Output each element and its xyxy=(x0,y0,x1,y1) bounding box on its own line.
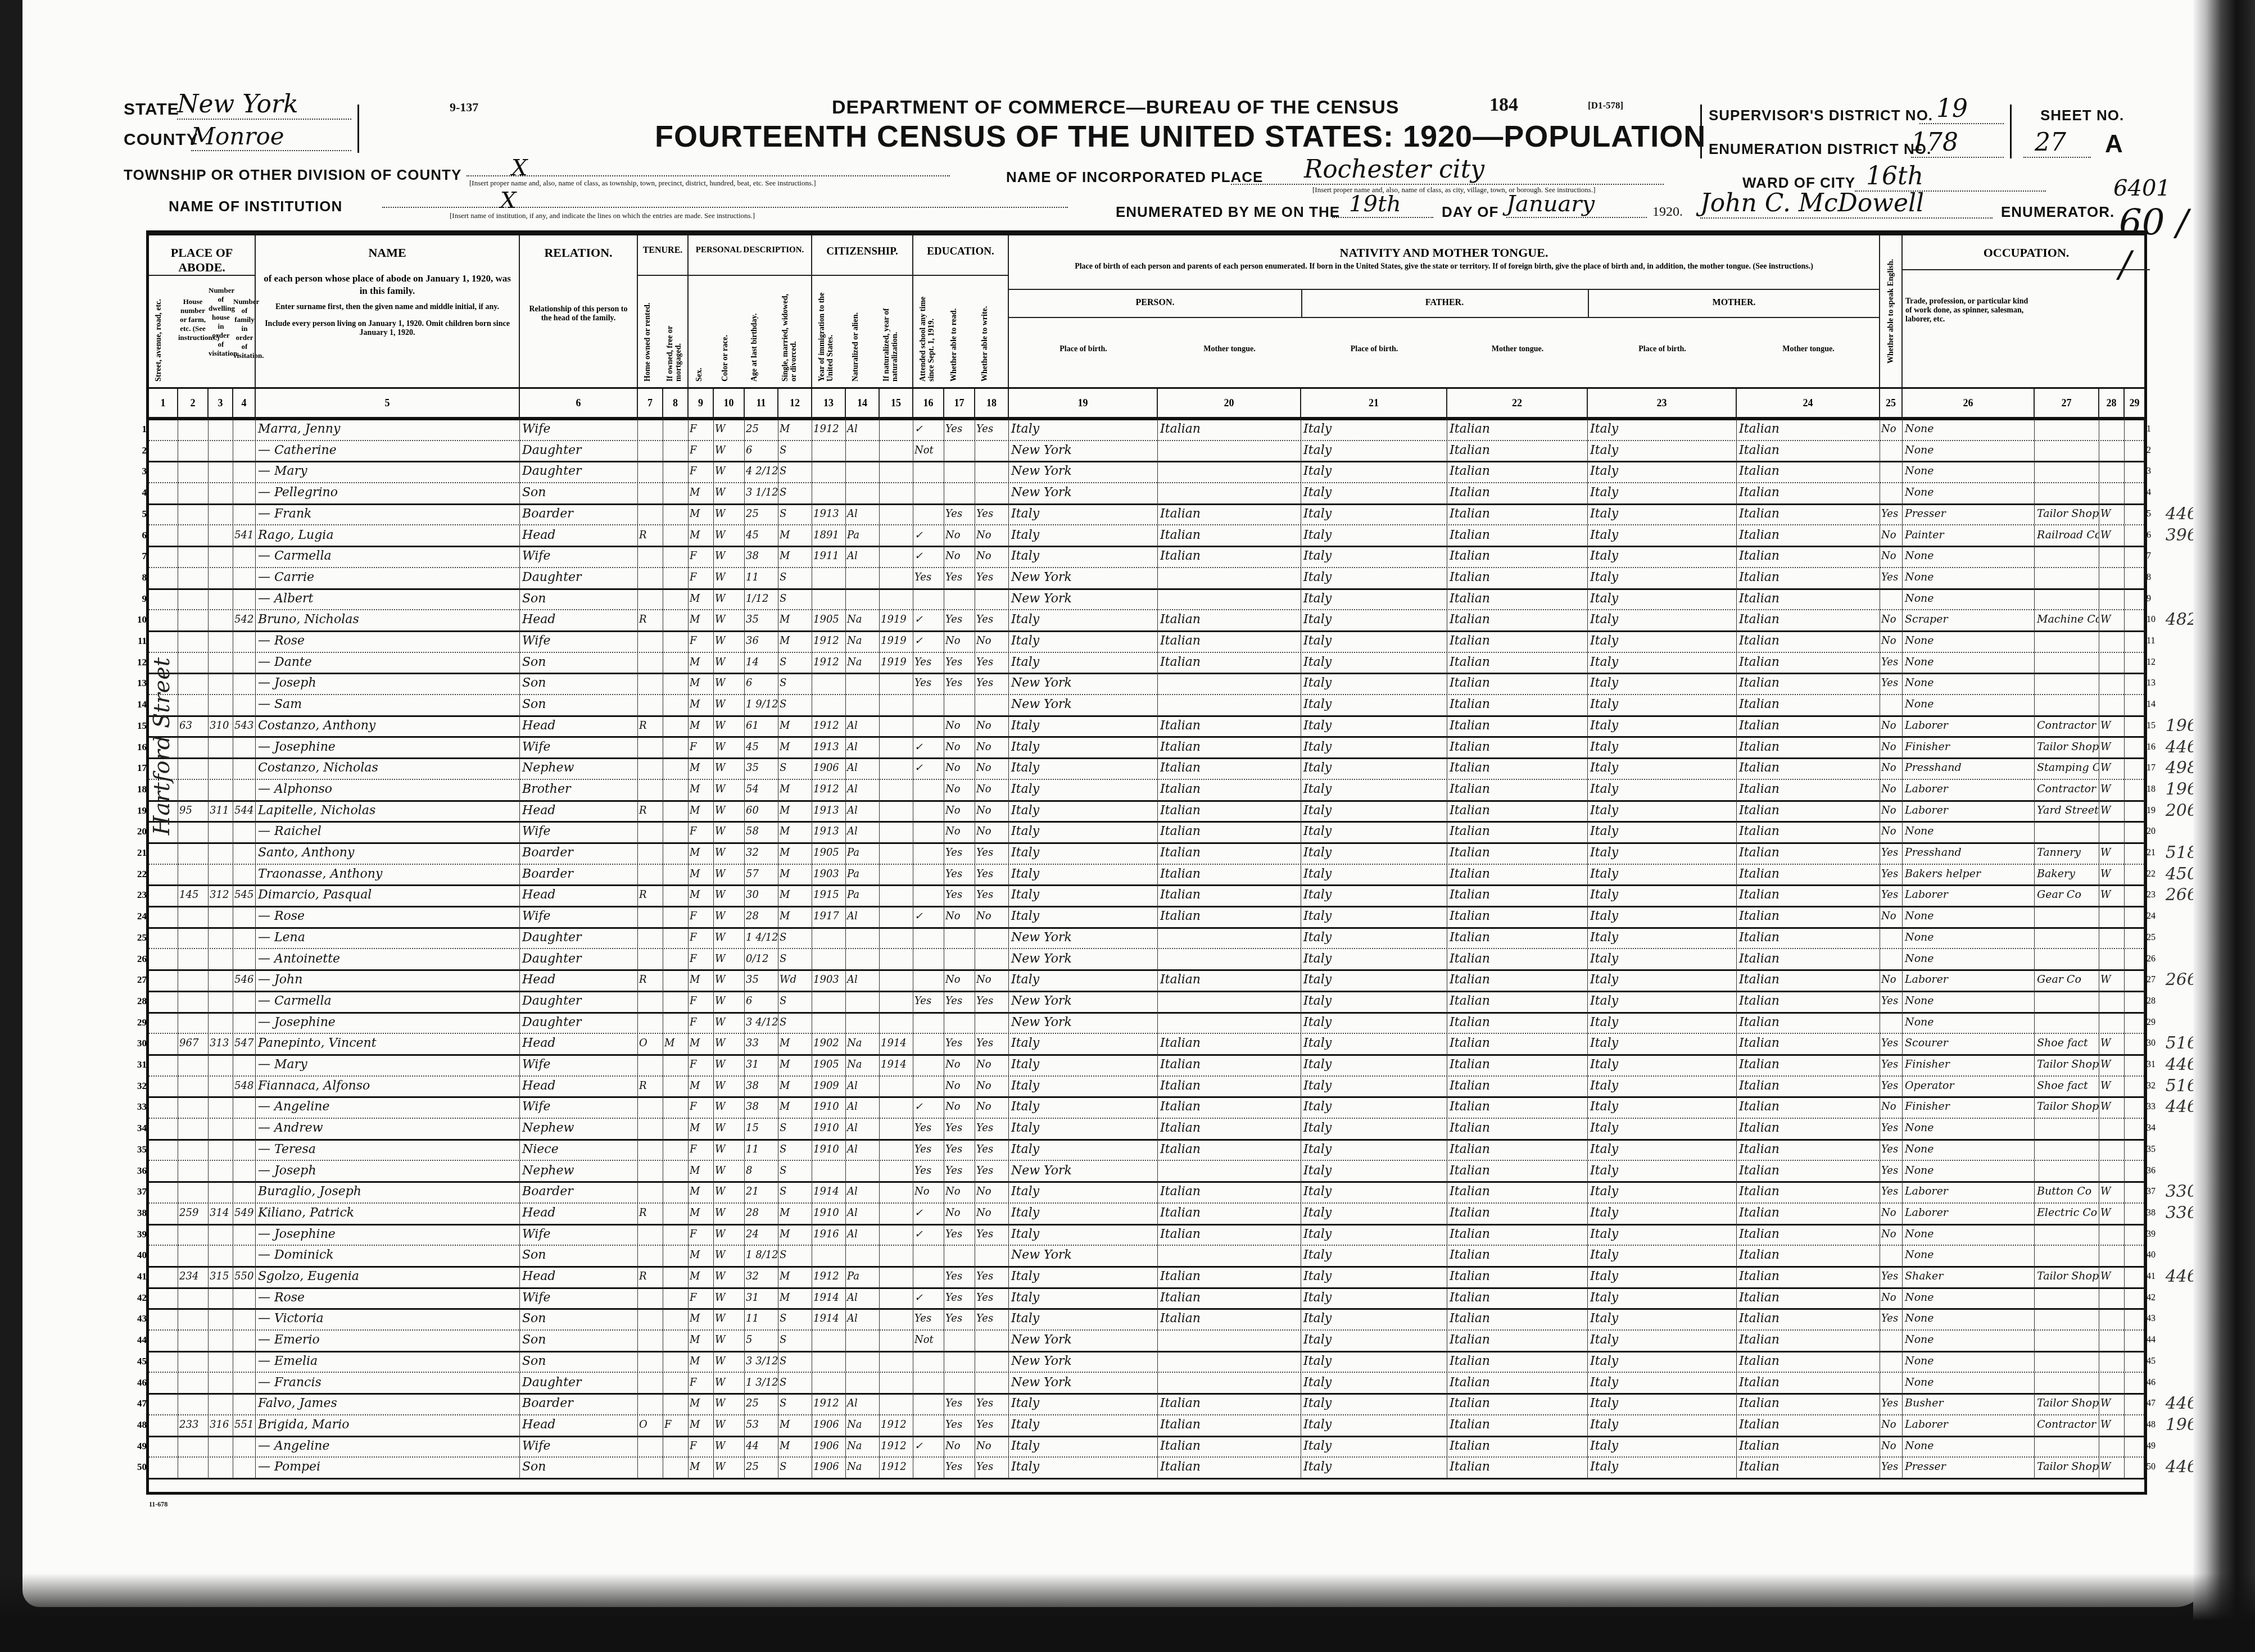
cell-english: No xyxy=(1880,609,1903,630)
cell-relation: Daughter xyxy=(520,948,638,970)
table-row: 38259314549Kiliano, PatrickHeadRMW28M191… xyxy=(149,1202,2144,1226)
cell-relation: Son xyxy=(520,1351,638,1372)
cell-class: W xyxy=(2099,864,2125,885)
cell-f_tongue: Italian xyxy=(1447,461,1588,482)
cell-marital: M xyxy=(778,1033,812,1054)
line-number: 46 xyxy=(2147,1372,2161,1393)
cell-relation: Wife xyxy=(520,906,638,927)
cell-house xyxy=(178,1351,209,1372)
cell-pob: New York xyxy=(1009,991,1158,1012)
state-value: New York xyxy=(177,90,351,120)
col22-desc: Mother tongue. xyxy=(1447,345,1588,354)
table-row: 50— PompeiSonMW25S1906Na1912YesYesItalyI… xyxy=(149,1456,2144,1479)
cell-immig xyxy=(812,461,846,482)
line-number: 42 xyxy=(2147,1287,2161,1308)
cell-mortgage xyxy=(663,927,689,948)
cell-immig: 1916 xyxy=(812,1224,846,1245)
cell-mortgage xyxy=(663,1202,689,1224)
line-number: 17 xyxy=(2147,757,2161,778)
cell-tongue: Italian xyxy=(1158,1287,1301,1309)
cell-farm xyxy=(2125,969,2144,991)
line-number: 25 xyxy=(134,927,147,948)
cell-natyr xyxy=(880,1372,913,1394)
cell-street xyxy=(149,630,178,652)
cell-m_pob: Italy xyxy=(1588,482,1737,503)
cell-class: W xyxy=(2099,1181,2125,1202)
cell-nat: Al xyxy=(846,1202,880,1224)
cell-race: W xyxy=(714,419,745,440)
cell-street xyxy=(149,1436,178,1457)
cell-name: — Joseph xyxy=(256,1160,520,1182)
line-number: 1 xyxy=(134,419,147,439)
cell-natyr xyxy=(880,1012,913,1033)
cell-family xyxy=(233,694,256,715)
cell-dwelling xyxy=(209,546,233,567)
cell-house xyxy=(178,1456,209,1478)
table-row: 33— AngelineWifeFW38M1910Al✓NoNoItalyIta… xyxy=(149,1096,2144,1119)
cell-street xyxy=(149,440,178,461)
cell-age: 6 xyxy=(745,991,778,1012)
col-num: 16 xyxy=(913,389,944,417)
cell-school: Yes xyxy=(913,1118,944,1139)
cell-school xyxy=(913,482,944,503)
cell-owned xyxy=(638,673,663,694)
day-of-label: DAY OF xyxy=(1442,203,1498,221)
table-row: 13— JosephSonMW6SYesYesYesNew YorkItalyI… xyxy=(149,673,2144,695)
cell-trade: None xyxy=(1903,440,2035,461)
cell-street xyxy=(149,1118,178,1139)
cell-name: Sgolzo, Eugenia xyxy=(256,1266,520,1287)
line-number: 31 xyxy=(2147,1054,2161,1075)
cell-race: W xyxy=(714,525,745,546)
col-num: 19 xyxy=(1009,389,1158,417)
cell-house xyxy=(178,991,209,1012)
cell-pob: Italy xyxy=(1009,546,1158,567)
cell-industry: Contractor xyxy=(2035,715,2099,737)
cell-write: Yes xyxy=(975,1393,1009,1414)
cell-immig: 1912 xyxy=(812,652,846,673)
cell-m_pob: Italy xyxy=(1588,694,1737,715)
cell-read: Yes xyxy=(944,884,975,906)
cell-sex: M xyxy=(689,1456,714,1478)
cell-pob: New York xyxy=(1009,1351,1158,1372)
cell-write: Yes xyxy=(975,1414,1009,1436)
cell-dwelling xyxy=(209,1012,233,1033)
cell-english: Yes xyxy=(1880,884,1903,906)
cell-name: Rago, Lugia xyxy=(256,525,520,546)
cell-read xyxy=(944,1245,975,1266)
cell-farm xyxy=(2125,884,2144,906)
cell-sex: F xyxy=(689,1436,714,1457)
cell-immig: 1911 xyxy=(812,546,846,567)
cell-name: — Raichel xyxy=(256,821,520,842)
cell-industry: Shoe fact xyxy=(2035,1033,2099,1054)
line-number: 32 xyxy=(2147,1075,2161,1096)
cell-farm xyxy=(2125,694,2144,715)
cell-class xyxy=(2099,1160,2125,1182)
cell-english: No xyxy=(1880,1202,1903,1224)
cell-relation: Daughter xyxy=(520,1012,638,1033)
cell-sex: F xyxy=(689,821,714,842)
cell-farm xyxy=(2125,1456,2144,1478)
col-num: 18 xyxy=(975,389,1009,417)
cell-write xyxy=(975,1372,1009,1394)
cell-race: W xyxy=(714,1118,745,1139)
cell-english: No xyxy=(1880,779,1903,800)
line-number: 29 xyxy=(134,1012,147,1033)
cell-immig xyxy=(812,673,846,694)
cell-industry xyxy=(2035,906,2099,927)
cell-owned xyxy=(638,567,663,588)
cell-street xyxy=(149,419,178,440)
line-number: 5 xyxy=(134,503,147,524)
cell-marital: M xyxy=(778,525,812,546)
cell-pob: Italy xyxy=(1009,1054,1158,1075)
cell-street xyxy=(149,461,178,482)
cell-dwelling xyxy=(209,461,233,482)
cell-read: No xyxy=(944,737,975,758)
cell-mortgage xyxy=(663,1075,689,1097)
cell-immig xyxy=(812,567,846,588)
line-number: 49 xyxy=(134,1436,147,1456)
cell-m_pob: Italy xyxy=(1588,779,1737,800)
cell-name: — Sam xyxy=(256,694,520,715)
cell-dwelling: 316 xyxy=(209,1414,233,1436)
cell-family xyxy=(233,1351,256,1372)
cell-trade: Finisher xyxy=(1903,737,2035,758)
cell-m_tongue: Italian xyxy=(1737,842,1880,864)
cell-dwelling: 311 xyxy=(209,800,233,822)
cell-industry: Yard Street xyxy=(2035,800,2099,822)
cell-street xyxy=(149,842,178,864)
cell-tongue xyxy=(1158,673,1301,694)
cell-pob: New York xyxy=(1009,1372,1158,1394)
cell-relation: Son xyxy=(520,1456,638,1478)
cell-marital: S xyxy=(778,1139,812,1160)
cell-m_tongue: Italian xyxy=(1737,652,1880,673)
cell-read: No xyxy=(944,757,975,779)
col8-desc: If owned, free or mortgaged. xyxy=(666,286,683,382)
cell-family xyxy=(233,440,256,461)
cell-f_tongue: Italian xyxy=(1447,948,1588,970)
cell-trade: Presshand xyxy=(1903,757,2035,779)
group-title: TENURE. xyxy=(638,235,687,256)
col-num: 17 xyxy=(944,389,975,417)
cell-english: Yes xyxy=(1880,567,1903,588)
cell-nat xyxy=(846,1245,880,1266)
cell-sex: M xyxy=(689,588,714,610)
cell-name: — Alphonso xyxy=(256,779,520,800)
cell-nat: Al xyxy=(846,503,880,525)
cell-f_pob: Italy xyxy=(1301,1224,1447,1245)
cell-m_tongue: Italian xyxy=(1737,991,1880,1012)
cell-m_tongue: Italian xyxy=(1737,630,1880,652)
cell-write: No xyxy=(975,1202,1009,1224)
cell-immig xyxy=(812,482,846,503)
line-number: 30 xyxy=(134,1033,147,1054)
col-num: 1 xyxy=(149,389,178,417)
line-number: 21 xyxy=(2147,842,2161,863)
cell-trade: Laborer xyxy=(1903,1202,2035,1224)
cell-street xyxy=(149,1329,178,1351)
cell-relation: Daughter xyxy=(520,461,638,482)
cell-natyr xyxy=(880,1181,913,1202)
cell-farm xyxy=(2125,440,2144,461)
cell-dwelling xyxy=(209,991,233,1012)
cell-street xyxy=(149,1139,178,1160)
cell-tongue: Italian xyxy=(1158,419,1301,440)
table-row: 7— CarmellaWifeFW38M1911Al✓NoNoItalyItal… xyxy=(149,546,2144,568)
cell-relation: Boarder xyxy=(520,842,638,864)
line-number: 4 xyxy=(134,482,147,503)
cell-farm xyxy=(2125,1224,2144,1245)
cell-m_tongue: Italian xyxy=(1737,1456,1880,1478)
cell-mortgage xyxy=(663,779,689,800)
cell-m_tongue: Italian xyxy=(1737,694,1880,715)
cell-dwelling xyxy=(209,588,233,610)
cell-industry: Tannery xyxy=(2035,842,2099,864)
cell-f_tongue: Italian xyxy=(1447,821,1588,842)
line-number: 43 xyxy=(2147,1308,2161,1329)
enumerated-month: January xyxy=(1506,191,1647,218)
stamp-number: 184 xyxy=(1489,94,1518,116)
table-row: 1563310543Costanzo, AnthonyHeadRMW61M191… xyxy=(149,715,2144,738)
cell-race: W xyxy=(714,1075,745,1097)
cell-race: W xyxy=(714,1456,745,1478)
cell-house xyxy=(178,969,209,991)
cell-owned xyxy=(638,440,663,461)
cell-age: 53 xyxy=(745,1414,778,1436)
cell-school xyxy=(913,1414,944,1436)
table-row: 31— MaryWifeFW31M1905Na1914NoNoItalyItal… xyxy=(149,1054,2144,1077)
cell-f_tongue: Italian xyxy=(1447,715,1588,737)
cell-street xyxy=(149,1012,178,1033)
cell-m_pob: Italy xyxy=(1588,1393,1737,1414)
cell-owned xyxy=(638,1351,663,1372)
cell-sex: M xyxy=(689,715,714,737)
cell-immig: 1914 xyxy=(812,1287,846,1309)
cell-marital: S xyxy=(778,1351,812,1372)
cell-race: W xyxy=(714,1372,745,1394)
cell-write: Yes xyxy=(975,1160,1009,1182)
cell-dwelling xyxy=(209,1160,233,1182)
cell-sex: M xyxy=(689,652,714,673)
cell-school xyxy=(913,800,944,822)
cell-nat: Al xyxy=(846,821,880,842)
col-num: 2 xyxy=(178,389,209,417)
cell-marital: S xyxy=(778,757,812,779)
cell-mortgage xyxy=(663,991,689,1012)
cell-street xyxy=(149,482,178,503)
cell-tongue: Italian xyxy=(1158,1266,1301,1287)
cell-owned: R xyxy=(638,969,663,991)
cell-pob: New York xyxy=(1009,482,1158,503)
cell-mortgage xyxy=(663,503,689,525)
header-relation: RELATION. Relationship of this person to… xyxy=(520,235,638,387)
cell-age: 25 xyxy=(745,1393,778,1414)
col-num: 23 xyxy=(1588,389,1737,417)
cell-house xyxy=(178,1372,209,1394)
col9-desc: Sex. xyxy=(695,286,704,382)
cell-nat: Al xyxy=(846,800,880,822)
cell-nat xyxy=(846,1329,880,1351)
line-number: 34 xyxy=(2147,1118,2161,1138)
cell-school xyxy=(913,1351,944,1372)
cell-nat: Al xyxy=(846,1287,880,1309)
cell-class xyxy=(2099,1351,2125,1372)
table-row: 32548Fiannaca, AlfonsoHeadRMW38M1909AlNo… xyxy=(149,1075,2144,1099)
cell-f_pob: Italy xyxy=(1301,927,1447,948)
cell-immig: 1912 xyxy=(812,1266,846,1287)
cell-family: 547 xyxy=(233,1033,256,1054)
cell-industry xyxy=(2035,1139,2099,1160)
cell-farm xyxy=(2125,567,2144,588)
page-shadow xyxy=(0,1573,2255,1652)
cell-relation: Head xyxy=(520,609,638,630)
cell-m_tongue: Italian xyxy=(1737,1287,1880,1309)
table-row: 22Traonasse, AnthonyBoarderMW57M1903PaYe… xyxy=(149,864,2144,887)
cell-trade: Laborer xyxy=(1903,1181,2035,1202)
cell-m_tongue: Italian xyxy=(1737,482,1880,503)
cell-street xyxy=(149,1266,178,1287)
cell-english xyxy=(1880,588,1903,610)
cell-f_pob: Italy xyxy=(1301,1033,1447,1054)
cell-farm xyxy=(2125,800,2144,822)
cell-trade: Presshand xyxy=(1903,842,2035,864)
cell-natyr xyxy=(880,884,913,906)
cell-age: 15 xyxy=(745,1118,778,1139)
cell-owned xyxy=(638,1456,663,1478)
cell-sex: M xyxy=(689,1393,714,1414)
cell-natyr xyxy=(880,567,913,588)
cell-owned xyxy=(638,503,663,525)
line-number: 16 xyxy=(2147,737,2161,757)
cell-natyr xyxy=(880,1118,913,1139)
department-title: DEPARTMENT OF COMMERCE—BUREAU OF THE CEN… xyxy=(832,97,1400,119)
cell-name: — Carrie xyxy=(256,567,520,588)
cell-natyr xyxy=(880,1096,913,1118)
cell-pob: Italy xyxy=(1009,1181,1158,1202)
cell-f_pob: Italy xyxy=(1301,1075,1447,1097)
cell-name: — Rose xyxy=(256,630,520,652)
cell-house xyxy=(178,1012,209,1033)
cell-natyr xyxy=(880,1202,913,1224)
col14-desc: Naturalized or alien. xyxy=(852,286,860,382)
cell-f_tongue: Italian xyxy=(1447,906,1588,927)
cell-dwelling xyxy=(209,652,233,673)
col17-desc: Whether able to read. xyxy=(950,286,958,382)
line-number: 35 xyxy=(134,1139,147,1160)
cell-school xyxy=(913,588,944,610)
cell-m_tongue: Italian xyxy=(1737,906,1880,927)
cell-school xyxy=(913,842,944,864)
col20-desc: Mother tongue. xyxy=(1158,345,1301,354)
cell-pob: Italy xyxy=(1009,503,1158,525)
cell-farm xyxy=(2125,779,2144,800)
cell-pob: New York xyxy=(1009,694,1158,715)
cell-school xyxy=(913,461,944,482)
cell-mortgage xyxy=(663,694,689,715)
cell-pob: New York xyxy=(1009,948,1158,970)
cell-read: Yes xyxy=(944,609,975,630)
cell-school: Yes xyxy=(913,991,944,1012)
cell-immig xyxy=(812,1372,846,1394)
cell-industry xyxy=(2035,673,2099,694)
cell-f_tongue: Italian xyxy=(1447,1075,1588,1097)
cell-race: W xyxy=(714,1160,745,1182)
line-number: 32 xyxy=(134,1075,147,1096)
cell-immig: 1906 xyxy=(812,1436,846,1457)
cell-tongue: Italian xyxy=(1158,1202,1301,1224)
census-title: FOURTEENTH CENSUS OF THE UNITED STATES: … xyxy=(655,119,1706,154)
cell-name: Costanzo, Nicholas xyxy=(256,757,520,779)
cell-m_tongue: Italian xyxy=(1737,1308,1880,1329)
cell-immig xyxy=(812,927,846,948)
cell-m_pob: Italy xyxy=(1588,1456,1737,1478)
cell-trade: None xyxy=(1903,630,2035,652)
col-num: 29 xyxy=(2125,389,2144,417)
cell-pob: Italy xyxy=(1009,1096,1158,1118)
col-num: 25 xyxy=(1880,389,1903,417)
cell-school: Yes xyxy=(913,652,944,673)
cell-age: 35 xyxy=(745,757,778,779)
cell-dwelling xyxy=(209,737,233,758)
cell-marital: M xyxy=(778,884,812,906)
cell-f_pob: Italy xyxy=(1301,1054,1447,1075)
cell-owned xyxy=(638,1181,663,1202)
group-title: NATIVITY AND MOTHER TONGUE. xyxy=(1009,235,1879,260)
cell-farm xyxy=(2125,1202,2144,1224)
cell-nat: Pa xyxy=(846,864,880,885)
cell-street xyxy=(149,1033,178,1054)
line-number: 5 xyxy=(2147,503,2161,524)
cell-school xyxy=(913,821,944,842)
cell-f_tongue: Italian xyxy=(1447,419,1588,440)
cell-trade: Laborer xyxy=(1903,779,2035,800)
line-number: 9 xyxy=(134,588,147,609)
table-row: 16— JosephineWifeFW45M1913Al✓NoNoItalyIt… xyxy=(149,737,2144,760)
line-number: 27 xyxy=(2147,969,2161,990)
cell-pob: Italy xyxy=(1009,821,1158,842)
cell-house xyxy=(178,821,209,842)
cell-age: 11 xyxy=(745,567,778,588)
cell-immig: 1910 xyxy=(812,1096,846,1118)
cell-trade: Presser xyxy=(1903,1456,2035,1478)
cell-trade: Laborer xyxy=(1903,715,2035,737)
cell-f_tongue: Italian xyxy=(1447,842,1588,864)
cell-age: 38 xyxy=(745,1075,778,1097)
footer-code: 11-678 xyxy=(149,1500,167,1509)
cell-f_pob: Italy xyxy=(1301,673,1447,694)
cell-sex: M xyxy=(689,503,714,525)
cell-owned: O xyxy=(638,1414,663,1436)
cell-f_pob: Italy xyxy=(1301,1393,1447,1414)
cell-natyr: 1919 xyxy=(880,609,913,630)
cell-write: No xyxy=(975,525,1009,546)
cell-relation: Son xyxy=(520,588,638,610)
cell-street xyxy=(149,609,178,630)
col23-desc: Place of birth. xyxy=(1588,345,1737,354)
cell-m_tongue: Italian xyxy=(1737,715,1880,737)
cell-owned xyxy=(638,1096,663,1118)
cell-write: No xyxy=(975,546,1009,567)
cell-house xyxy=(178,1245,209,1266)
cell-school: ✓ xyxy=(913,630,944,652)
cell-write xyxy=(975,588,1009,610)
cell-name: — Josephine xyxy=(256,1012,520,1033)
cell-nat: Al xyxy=(846,737,880,758)
cell-m_pob: Italy xyxy=(1588,1202,1737,1224)
